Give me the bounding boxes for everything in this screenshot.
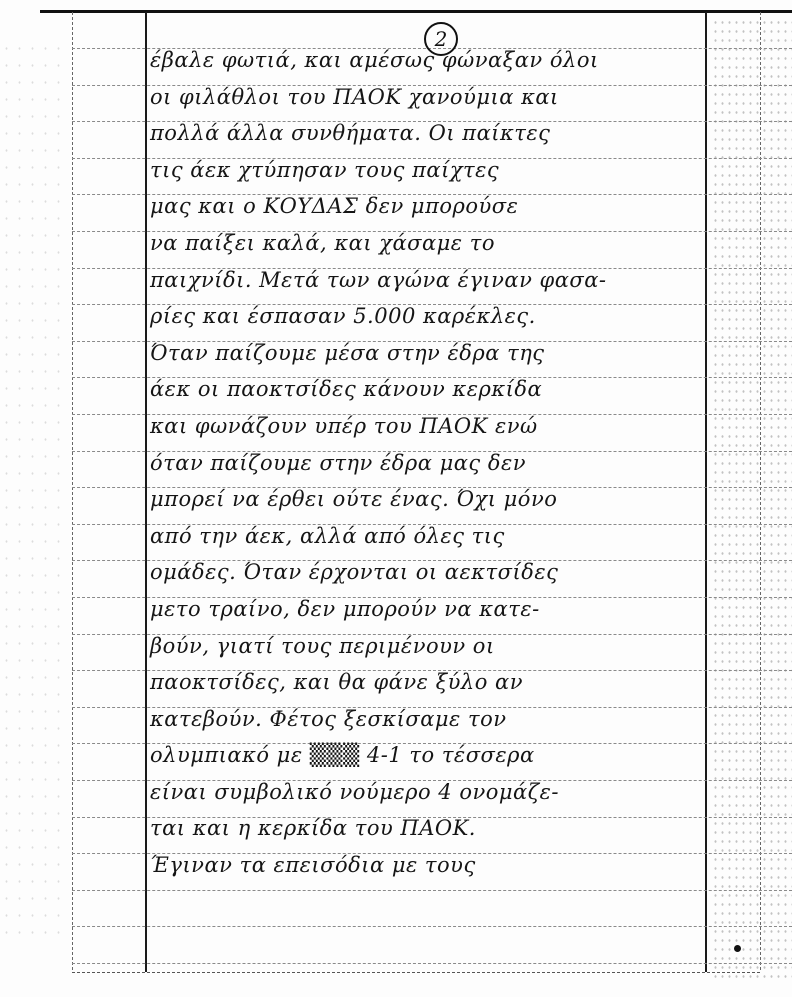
handwritten-line: οι φιλάθλοι του ΠΑΟΚ χανούμια και <box>150 79 710 116</box>
handwritten-text: έβαλε φωτιά, και αμέσως φώναξαν όλοιοι φ… <box>150 42 710 884</box>
handwritten-line: Έγιναν τα επεισόδια με τους <box>150 847 710 884</box>
handwritten-line: έβαλε φωτιά, και αμέσως φώναξαν όλοι <box>150 42 710 79</box>
handwritten-line: πολλά άλλα συνθήματα. Οι παίκτες <box>150 115 710 152</box>
ruled-line <box>72 963 792 964</box>
notebook-page: 2 έβαλε φωτιά, και αμέσως φώναξαν όλοιοι… <box>0 0 792 997</box>
ruled-line <box>72 890 792 891</box>
bottom-rule <box>72 972 760 974</box>
handwritten-line: ομάδες. Όταν έρχονται οι αεκτσίδες <box>150 554 710 591</box>
left-margin-line <box>145 12 147 972</box>
handwritten-line: βούν, γιατί τους περιμένουν οι <box>150 628 710 665</box>
handwritten-line: παοκτσίδες, και θα φάνε ξύλο αν <box>150 664 710 701</box>
handwritten-line: να παίξει καλά, και χάσαμε το <box>150 225 710 262</box>
handwritten-line: μετο τραίνο, δεν μπορούν να κατε- <box>150 591 710 628</box>
handwritten-line: ται και η κερκίδα του ΠΑΟΚ. <box>150 810 710 847</box>
top-rule <box>40 10 792 13</box>
handwritten-line: όταν παίζουμε στην έδρα μας δεν <box>150 445 710 482</box>
handwritten-line: άεκ οι παοκτσίδες κάνουν κερκίδα <box>150 371 710 408</box>
ink-dot <box>734 945 741 952</box>
handwritten-line: και φωνάζουν υπέρ του ΠΑΟΚ ενώ <box>150 408 710 445</box>
outer-right-border <box>760 12 762 970</box>
handwritten-line: ρίες και έσπασαν 5.000 καρέκλες. <box>150 298 710 335</box>
handwritten-line: κατεβούν. Φέτος ξεσκίσαμε τον <box>150 701 710 738</box>
handwritten-line: ολυμπιακό με ▒▒▒ 4-1 το τέσσερα <box>150 737 710 774</box>
handwritten-line: τις άεκ χτύπησαν τους παίχτες <box>150 152 710 189</box>
outer-left-border <box>72 12 74 970</box>
handwritten-line: Όταν παίζουμε μέσα στην έδρα της <box>150 335 710 372</box>
handwritten-line: από την άεκ, αλλά από όλες τις <box>150 518 710 555</box>
handwritten-line: είναι συμβολικό νούμερο 4 ονομάζε- <box>150 774 710 811</box>
handwritten-line: μας και ο ΚΟΥΔΑΣ δεν μπορούσε <box>150 188 710 225</box>
handwritten-line: μπορεί να έρθει ούτε ένας. Όχι μόνο <box>150 481 710 518</box>
scan-noise-left <box>0 40 60 940</box>
scan-noise-right <box>712 18 792 978</box>
ruled-line <box>72 926 792 927</box>
handwritten-line: παιχνίδι. Μετά των αγώνα έγιναν φασα- <box>150 262 710 299</box>
